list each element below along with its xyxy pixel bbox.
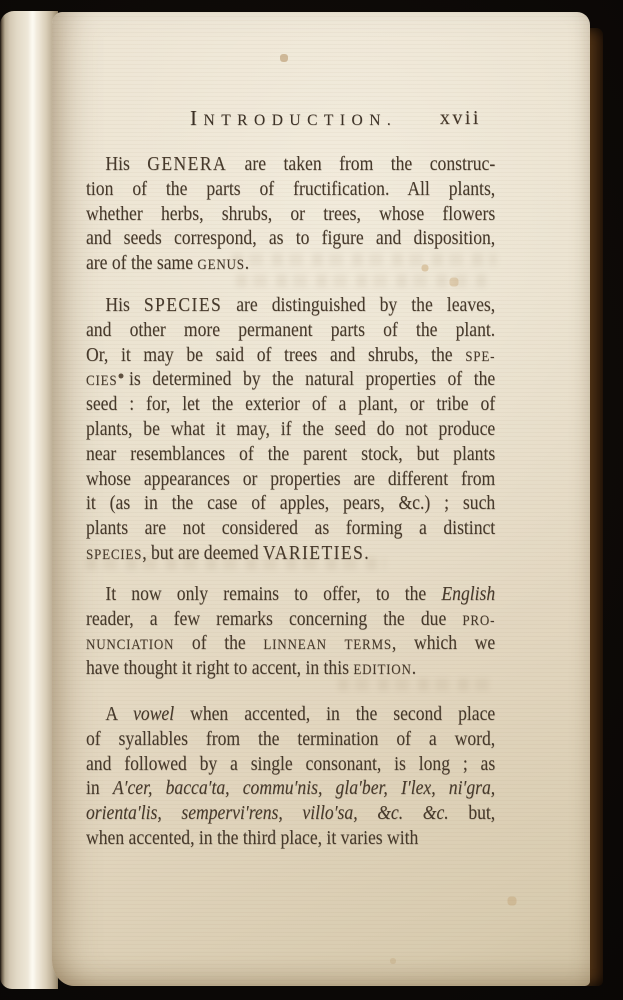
text-line: of syallables from the termination of a … <box>86 727 495 752</box>
smallcaps-text: GENUS <box>197 257 244 273</box>
page-content: INTRODUCTION. xvii His GENERA are taken … <box>52 12 590 851</box>
text-run: , but are deemed <box>142 542 263 564</box>
italic-text: A′cer, bacca′ta, commu′nis, gla′ber, I′l… <box>113 777 495 799</box>
text-line: tion of the parts of fructification. All… <box>86 177 495 202</box>
text-run: . <box>412 657 416 679</box>
text-run: of the <box>174 632 263 654</box>
smallcaps-text: SPE- <box>465 349 495 365</box>
text-run: is determined by the natural properties … <box>117 368 495 390</box>
page-number: xvii <box>440 107 481 130</box>
text-line: in A′cer, bacca′ta, commu′nis, gla′ber, … <box>86 776 495 801</box>
italic-text: English <box>441 583 495 605</box>
paragraph-pronunciation-remarks: It now only remains to offer, to the Eng… <box>86 582 495 681</box>
text-run: but, <box>449 802 496 824</box>
text-run: have thought it right to accent, in this <box>86 657 353 679</box>
text-run: plants, be what it may, if the seed do n… <box>86 418 495 440</box>
text-run: A <box>105 703 133 725</box>
text-line: NUNCIATION of the LINNEAN TERMS, which w… <box>86 631 495 656</box>
text-run: are of the same <box>86 252 197 274</box>
text-run: and followed by a single consonant, is l… <box>86 753 495 775</box>
smallcaps-text: EDITION <box>353 662 411 678</box>
text-run: near resemblances of the parent stock, b… <box>86 443 495 465</box>
text-line: A vowel when accented, in the second pla… <box>86 702 495 727</box>
text-run: plants are not considered as forming a d… <box>86 517 495 539</box>
text-run: . <box>364 542 368 564</box>
smallcaps-text: PRO- <box>462 613 495 629</box>
text-line: and other more permanent parts of the pl… <box>86 318 495 343</box>
text-run: whether herbs, shrubs, or trees, whose f… <box>86 203 495 225</box>
smallcaps-text: CIES <box>86 373 117 389</box>
text-run: seed : for, let the exterior of a plant,… <box>86 393 495 415</box>
text-line: His GENERA are taken from the construc- <box>86 152 495 177</box>
text-run: . <box>245 252 249 274</box>
text-line: whether herbs, shrubs, or trees, whose f… <box>86 202 495 227</box>
text-run: it (as in the case of apples, pears, &c.… <box>86 492 495 514</box>
text-line: when accented, in the third place, it va… <box>86 826 495 851</box>
smallcaps-text: NUNCIATION <box>86 637 174 653</box>
text-run: tion of the parts of fructification. All… <box>86 178 495 200</box>
smallcaps-text: TERMS <box>345 637 392 653</box>
body-text: His GENERA are taken from the construc-t… <box>86 152 495 851</box>
paragraph-vowel-accent-rule: A vowel when accented, in the second pla… <box>86 702 495 851</box>
text-run: and seeds correspond, as to figure and d… <box>86 227 495 249</box>
smallcaps-text: SPECIES <box>86 547 142 563</box>
text-run: His <box>105 294 143 316</box>
page-header: INTRODUCTION. xvii <box>86 106 495 128</box>
text-line: Or, it may be said of trees and shrubs, … <box>86 343 495 368</box>
text-run: , which we <box>392 632 495 654</box>
text-line: whose appearances or properties are diff… <box>86 467 495 492</box>
text-run: of syallables from the termination of a … <box>86 728 495 750</box>
text-line: are of the same GENUS. <box>86 251 495 276</box>
text-line: and followed by a single consonant, is l… <box>86 752 495 777</box>
text-run: and other more permanent parts of the pl… <box>86 319 495 341</box>
page-title: INTRODUCTION. <box>190 106 397 131</box>
text-line: seed : for, let the exterior of a plant,… <box>86 392 495 417</box>
text-line: It now only remains to offer, to the Eng… <box>86 582 495 607</box>
book-photograph: INTRODUCTION. xvii His GENERA are taken … <box>0 0 623 1000</box>
text-run: when accented, in the third place, it va… <box>86 827 418 849</box>
italic-text: orienta′lis, sempervi′rens, villo′sa, &c… <box>86 802 449 824</box>
text-line: plants, be what it may, if the seed do n… <box>86 417 495 442</box>
text-run: are distinguished by the leaves, <box>222 294 495 316</box>
text-run: are taken from the construc- <box>227 153 495 175</box>
italic-text: vowel <box>133 703 174 725</box>
text-run: whose appearances or properties are diff… <box>86 468 495 490</box>
smallcaps-text: GENERA <box>147 153 227 175</box>
text-line: have thought it right to accent, in this… <box>86 656 495 681</box>
text-run: reader, a few remarks concerning the due <box>86 608 462 630</box>
text-line: SPECIES, but are deemed VARIETIES. <box>86 541 495 566</box>
text-line: near resemblances of the parent stock, b… <box>86 442 495 467</box>
text-run: His <box>105 153 147 175</box>
text-run <box>327 632 345 654</box>
paragraph-genera-definition: His GENERA are taken from the construc-t… <box>86 152 495 276</box>
book-pages-fore-edge <box>0 11 58 989</box>
text-run: Or, it may be said of trees and shrubs, … <box>86 344 465 366</box>
text-line: reader, a few remarks concerning the due… <box>86 607 495 632</box>
text-run: when accented, in the second place <box>174 703 495 725</box>
text-run: in <box>86 777 113 799</box>
smallcaps-text: VARIETIES <box>263 542 364 564</box>
text-line: and seeds correspond, as to figure and d… <box>86 226 495 251</box>
text-line: His SPECIES are distinguished by the lea… <box>86 293 495 318</box>
text-line: it (as in the case of apples, pears, &c.… <box>86 491 495 516</box>
text-run: It now only remains to offer, to the <box>105 583 441 605</box>
text-line: CIES is determined by the natural proper… <box>86 367 495 392</box>
paragraph-species-definition: His SPECIES are distinguished by the lea… <box>86 293 495 566</box>
smallcaps-text: LINNEAN <box>263 637 326 653</box>
text-line: plants are not considered as forming a d… <box>86 516 495 541</box>
book-page: INTRODUCTION. xvii His GENERA are taken … <box>52 12 590 986</box>
text-line: orienta′lis, sempervi′rens, villo′sa, &c… <box>86 801 495 826</box>
smallcaps-text: SPECIES <box>144 294 222 316</box>
